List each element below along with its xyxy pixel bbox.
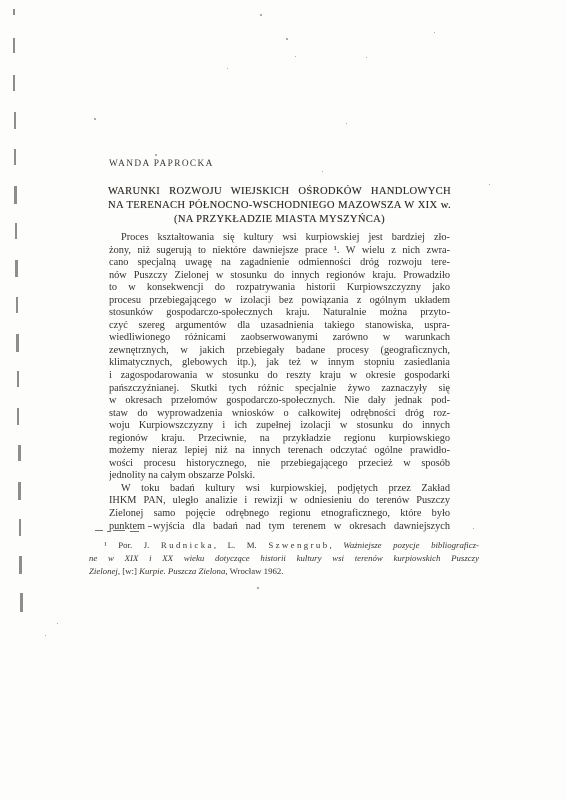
edge-mark: [14, 149, 16, 165]
footnote-segment: ,: [330, 540, 344, 550]
body-line: staw do wyprowadzenia wniosków o całkowi…: [109, 408, 450, 421]
article-title: WARUNKI ROZWOJU WIEJSKICH OŚRODKÓW HANDL…: [108, 185, 451, 227]
scan-speck: [346, 123, 347, 124]
edge-mark: [18, 482, 21, 500]
footnote-segment: Zielonej,: [89, 566, 120, 576]
footnote-segment: , L. M.: [214, 540, 269, 550]
body-line: czyć szereg argumentów dla uzasadnienia …: [109, 320, 450, 333]
footnote-segment: Rudnicka: [161, 540, 214, 550]
body-line: żony, niż sugerują to niektóre dawniejsz…: [109, 245, 450, 258]
footnote-segment: Ważniejsze pozycje bibliograficz-: [343, 540, 479, 550]
scan-speck: [322, 171, 323, 172]
footnote-segment: [w:]: [120, 566, 139, 576]
footnote: ¹ Por. J. Rudnicka, L. M. Szwengrub, Waż…: [89, 539, 479, 579]
scan-speck: [286, 38, 288, 40]
edge-mark: [17, 371, 19, 387]
footnote-segment: Szwengrub: [268, 540, 329, 550]
scan-speck: [155, 154, 157, 156]
title-line-1: WARUNKI ROZWOJU WIEJSKICH OŚRODKÓW HANDL…: [108, 185, 451, 199]
scan-speck: [57, 623, 58, 624]
body-line: i zagospodarowania w stosunku do reszty …: [109, 370, 450, 383]
edge-mark: [19, 519, 21, 536]
author-name: WANDA PAPROCKA: [109, 159, 214, 169]
scan-speck: [366, 57, 367, 58]
body-line: stosunków gospodarczo-społecznych kraju.…: [109, 307, 450, 320]
edge-mark: [16, 297, 18, 313]
edge-mark: [13, 38, 15, 53]
edge-mark: [18, 445, 21, 461]
edge-mark: [19, 556, 22, 574]
body-line: możemy nieraz lepiej niż na innych teren…: [109, 445, 450, 458]
footnote-separator-dash: [130, 531, 139, 532]
scan-speck: [94, 118, 96, 120]
edge-mark: [15, 260, 18, 277]
scan-speck: [489, 184, 490, 185]
body-line: IHKM PAN, uległo analizie i rewizji w od…: [109, 495, 450, 508]
footnote-separator-dash: [148, 526, 152, 527]
body-line: wości procesu historycznego, nie przebie…: [109, 458, 450, 471]
body-line: regionów kraju. Przeciwnie, na przykładz…: [109, 433, 450, 446]
footnote-separator-dash: [107, 531, 110, 532]
edge-mark: [15, 223, 17, 239]
body-line: Zielonej samo pojęcie odrębnego regionu …: [109, 508, 450, 521]
body-line: wiedliwionego różnicami zaobserwowanymi …: [109, 332, 450, 345]
body-line: zewnętrznych, w jakich przebiegały badan…: [109, 345, 450, 358]
body-line: pańszczyźnianej. Skutki tych różnic spec…: [109, 383, 450, 396]
edge-mark: [16, 334, 19, 352]
body-line: nów Puszczy Zielonej w stosunku do innyc…: [109, 270, 450, 283]
article-body: Proces kształtowania się kultury wsi kur…: [109, 232, 450, 533]
body-line: W toku badań kultury wsi kurpiowskiej, p…: [109, 483, 450, 496]
edge-mark: [13, 75, 15, 91]
scan-speck: [257, 587, 259, 589]
scan-speck: [473, 528, 474, 529]
footnote-line: Zielonej, [w:] Kurpie. Puszcza Zielona, …: [89, 565, 479, 578]
body-line: procesu przebiegającego w izolacji bez p…: [109, 295, 450, 308]
footnote-segment: ne w XIX i XX wieku dotyczące historii k…: [89, 553, 479, 563]
footnote-segment: Kurpie. Puszcza Zielona,: [139, 566, 227, 576]
edge-mark: [17, 408, 19, 425]
body-line: Proces kształtowania się kultury wsi kur…: [109, 232, 450, 245]
scan-speck: [434, 32, 435, 33]
footnote-line: ne w XIX i XX wieku dotyczące historii k…: [89, 552, 479, 565]
scan-speck: [227, 68, 228, 69]
footnote-segment: ¹ Por. J.: [104, 540, 161, 550]
body-line: punktem wyjścia dla badań nad tym terene…: [109, 521, 450, 534]
scan-speck: [45, 635, 46, 636]
title-line-3: (NA PRZYKŁADZIE MIASTA MYSZYŃCA): [108, 213, 451, 227]
footnote-separator-dash: [95, 530, 103, 531]
body-line: jednolity na całym obszarze Polski.: [109, 470, 450, 483]
body-line: woju Kurpiowszczyzny i ich zupełnej izol…: [109, 420, 450, 433]
edge-mark: [14, 186, 17, 204]
edge-mark: [14, 112, 16, 129]
scanned-paper-page: WANDA PAPROCKA WARUNKI ROZWOJU WIEJSKICH…: [0, 0, 566, 800]
body-line: klimatycznych, glebowych itp.), jak też …: [109, 357, 450, 370]
body-line: to w konsekwencji do rozpatrywania histo…: [109, 282, 450, 295]
footnote-line: ¹ Por. J. Rudnicka, L. M. Szwengrub, Waż…: [89, 539, 479, 552]
title-line-2: NA TERENACH PÓŁNOCNO-WSCHODNIEGO MAZOWSZ…: [108, 199, 451, 213]
footnote-segment: Wrocław 1962.: [228, 566, 284, 576]
scan-speck: [260, 14, 262, 16]
footnote-separator-dash: [113, 530, 125, 531]
body-line: cano specjalną uwagę na zagadnienie odmi…: [109, 257, 450, 270]
scan-speck: [295, 56, 296, 57]
body-line: w okresach przełomów gospodarczo-społecz…: [109, 395, 450, 408]
edge-mark: [20, 593, 23, 612]
edge-mark: [13, 9, 15, 15]
